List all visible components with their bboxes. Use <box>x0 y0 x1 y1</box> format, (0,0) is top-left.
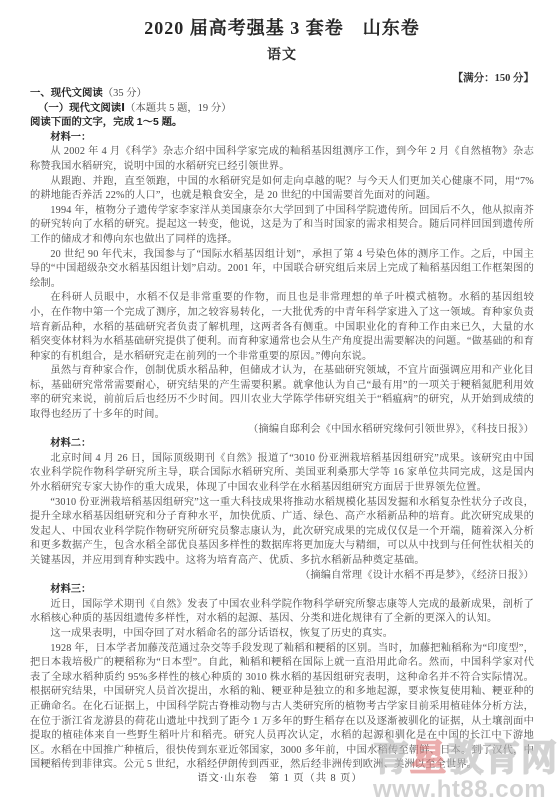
material-1-paragraph: 虽然与育种家合作，创制优质水稻品种，但储成才认为，在基础研究领域，不宜片面强调应… <box>30 364 534 422</box>
material-1-attribution: （摘编自邸利会《中国水稻研究缘何引领世界》，《科技日报》） <box>30 423 534 438</box>
material-1-label: 材料一： <box>30 131 534 146</box>
section-heading-score: （35 分） <box>103 88 147 99</box>
material-1-paragraph: 20 世纪 90 年代末，我国参与了“国际水稻基因组计划”，承担了第 4 号染色… <box>30 248 534 292</box>
material-1-paragraph: 从跟跑、并跑，直至领跑，中国的水稻研究是如何走向卓越的呢？与今天人们更加关心健康… <box>30 175 534 204</box>
material-3-paragraph: 近日，国际学术期刊《自然》发表了中国农业科学院作物科学研究所黎志康等人完成的最新… <box>30 598 534 627</box>
material-1-paragraph: 在科研人员眼中，水稻不仅是非常重要的作物，而且也是非常理想的单子叶模式植物。水稻… <box>30 291 534 364</box>
exam-paper-page: 2020 届高考强基 3 套卷 山东卷 语文 【满分：150 分】 一、现代文阅… <box>0 0 560 798</box>
subsection-heading: （一）现代文阅读Ⅰ（本题共 5 题，19 分） <box>30 102 534 117</box>
page-title: 2020 届高考强基 3 套卷 山东卷 <box>30 14 534 40</box>
subject-title: 语文 <box>30 44 534 64</box>
page-footer: 语文·山东卷 第 1 页（共 8 页） <box>0 769 560 784</box>
subsection-heading-label: （一）现代文阅读Ⅰ <box>38 103 125 114</box>
section-heading: 一、现代文阅读（35 分） <box>30 87 534 102</box>
material-2-paragraph: “3010 份亚洲栽培稻基因组研究”这一重大科技成果将推动水稻规模化基因发掘和水… <box>30 496 534 569</box>
material-1-paragraph: 1994 年，植物分子遗传学家李家洋从美国康奈尔大学回到了中国科学院遗传所。回国… <box>30 204 534 248</box>
material-2-label: 材料二： <box>30 437 534 452</box>
subsection-heading-score: （本题共 5 题，19 分） <box>125 103 232 114</box>
material-3-paragraph: 1928 年，日本学者加藤茂范通过杂交等手段发现了籼稻和粳稻的区别。当时，加藤把… <box>30 642 534 773</box>
section-heading-label: 一、现代文阅读 <box>30 88 103 99</box>
reading-instruction: 阅读下面的文字，完成 1～5 题。 <box>30 116 534 131</box>
material-2-paragraph: 北京时间 4 月 26 日，国际顶级期刊《自然》报道了“3010 份亚洲栽培稻基… <box>30 452 534 496</box>
material-2-attribution: （摘编自常理《设计水稻不再是梦》，《经济日报》） <box>30 569 534 584</box>
material-3-label: 材料三： <box>30 583 534 598</box>
material-1-paragraph: 从 2002 年 4 月《科学》杂志介绍中国科学家完成的籼稻基因组测序工作，到今… <box>30 145 534 174</box>
exam-body: 一、现代文阅读（35 分） （一）现代文阅读Ⅰ（本题共 5 题，19 分） 阅读… <box>30 87 534 773</box>
material-3-paragraph: 这一成果表明，中国夺回了对水稻命名的部分话语权，恢复了历史的真实。 <box>30 627 534 642</box>
full-score-label: 【满分：150 分】 <box>30 70 534 85</box>
